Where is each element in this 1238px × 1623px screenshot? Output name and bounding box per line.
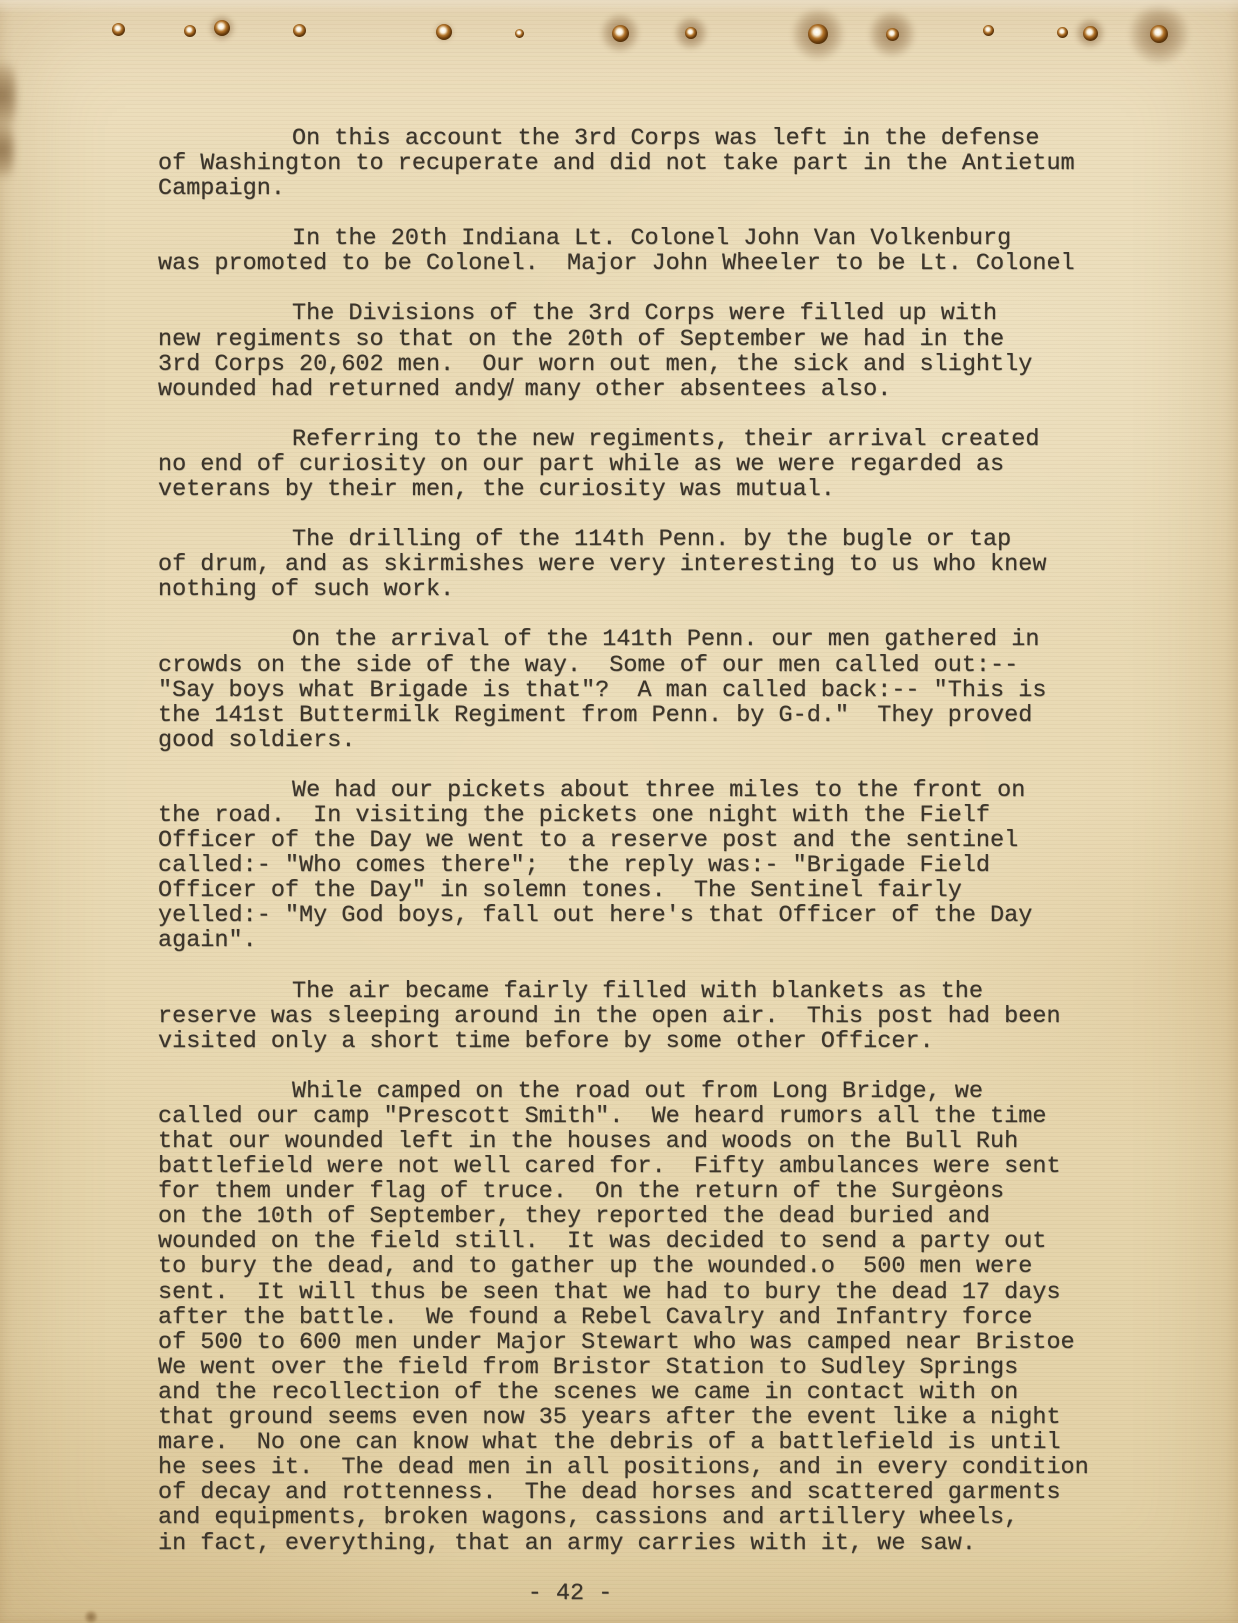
paragraph: The drilling of the 114th Penn. by the b…	[158, 527, 1089, 602]
paragraph: The Divisions of the 3rd Corps were fill…	[158, 301, 1089, 401]
rust-spot	[612, 25, 629, 42]
rust-spot	[112, 23, 125, 36]
paragraph: We had our pickets about three miles to …	[158, 778, 1089, 954]
rust-spot	[886, 28, 899, 41]
paragraph: On the arrival of the 141th Penn. our me…	[158, 627, 1089, 752]
rust-spot	[515, 29, 524, 38]
rust-spot	[808, 24, 828, 44]
paper-stain	[84, 1610, 98, 1623]
paragraph: Referring to the new regiments, their ar…	[158, 427, 1089, 502]
memoir-page: On this account the 3rd Corps was left i…	[0, 0, 1238, 1623]
paragraph: The air became fairly filled with blanke…	[158, 979, 1089, 1054]
page-number: - 42 -	[0, 1581, 1140, 1606]
memoir-text: On this account the 3rd Corps was left i…	[158, 126, 1089, 1581]
paragraph: While camped on the road out from Long B…	[158, 1079, 1089, 1556]
rust-spot	[214, 20, 230, 36]
paragraph: On this account the 3rd Corps was left i…	[158, 126, 1089, 201]
paragraph: In the 20th Indiana Lt. Colonel John Van…	[158, 226, 1089, 276]
rust-spot	[685, 27, 697, 39]
rust-spot	[1057, 27, 1068, 38]
rust-spot	[436, 24, 452, 40]
rust-spot	[983, 25, 994, 36]
rust-spot	[293, 24, 306, 37]
rust-spot	[1083, 26, 1098, 41]
rust-spot	[184, 25, 196, 37]
rust-spot	[1150, 25, 1168, 43]
